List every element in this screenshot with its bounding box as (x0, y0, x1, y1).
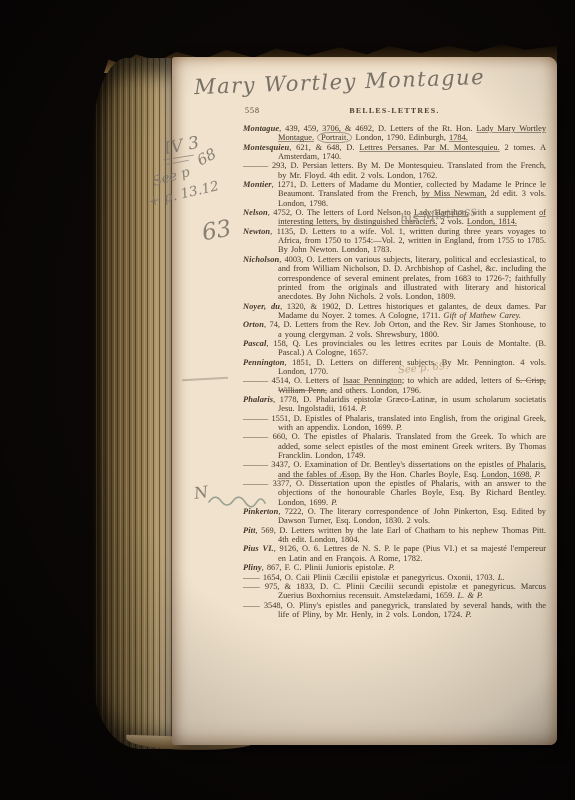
entry-segment: , 7222, O. The literary correspondence o… (278, 507, 546, 525)
entry-segment: P. (331, 498, 337, 507)
running-head: 558 BELLES-LETTRES. (243, 106, 546, 115)
entry-segment: and others. London, 1796. (327, 386, 421, 395)
handwritten-title: Mary Wortley Montague (194, 65, 486, 99)
entry-segment: Portrait. (317, 132, 352, 143)
entry-segment: ——— 3437, O. Examination of Dr. Bentley'… (243, 460, 507, 469)
book-photo: Mary Wortley Montague 558 BELLES-LETTRES… (0, 0, 575, 800)
entry-segment: L. (498, 573, 505, 582)
entry-segment: —— 3548, O. Pliny's epistles and panegyr… (243, 601, 546, 619)
entry-segment: London, 1790. Edinburgh, (352, 133, 449, 142)
page-number: 558 (245, 106, 260, 115)
entry-segment: London, 1814. (467, 217, 517, 226)
entry-segment: , 569, D. Letters written by the late Ea… (256, 526, 547, 544)
entry-segment: Pliny (243, 563, 262, 572)
entry-segment: ——— 1551, D. Epistles of Phalaris, trans… (243, 414, 546, 432)
catalog-entry: Phalaris, 1778, D. Phalaridis epistolæ G… (243, 395, 546, 414)
catalog-entry: —— 975, & 1833, D. C. Plinii Cæcilii sec… (243, 582, 546, 601)
catalog-entry: ——— 3437, O. Examination of Dr. Bentley'… (243, 460, 546, 479)
entry-segment: Pennington (243, 358, 285, 367)
book-page: Mary Wortley Montague 558 BELLES-LETTRES… (172, 57, 557, 745)
catalog-entry: —— 1654, O. Caii Plinii Cæcilii epistolæ… (243, 573, 546, 582)
pencil-squiggle (208, 493, 266, 514)
catalog-entry: Orton, 74, D. Letters from the Rev. Job … (243, 320, 546, 339)
entry-segment: —— 975, & 1833, D. C. Plinii Cæcilii sec… (243, 582, 546, 600)
entry-segment: Montague (243, 124, 279, 133)
entry-segment: L. & P. (457, 591, 483, 600)
catalog-entry: Pitt, 569, D. Letters written by the lat… (243, 526, 546, 545)
entry-segment: By the Hon. Charles Boyle, Esq. (361, 470, 482, 479)
entry-segment: Nicholson (243, 255, 279, 264)
entry-segment: , 4003, O. Letters on various subjects, … (278, 255, 546, 301)
catalog-entry: ——— 293, D. Persian letters. By M. De Mo… (243, 161, 546, 180)
entry-segment: ——— 3377, O. Dissertation upon the epist… (243, 479, 546, 507)
entry-segment: London, 1698. (481, 470, 531, 479)
catalog-entry: Montier, 1271, D. Letters of Madame du M… (243, 180, 546, 208)
entry-segment: , 74, D. Letters from the Rev. Job Orton… (264, 320, 546, 338)
entry-segment: Nelson (243, 208, 268, 217)
entry-segment: P. (361, 404, 367, 413)
page-stack-left (93, 58, 179, 749)
entry-segment: , 9126, O. 6. Lettres de N. S. P. le pap… (274, 544, 546, 562)
entry-segment: Orton (243, 320, 264, 329)
entry-segment: , 621, & 648, D. (289, 143, 359, 152)
entry-list: Montague, 439, 459, 3706, & 4692, D. Let… (243, 124, 546, 619)
catalog-entry: Nelson, 4752, O. The letters of Lord Nel… (243, 208, 546, 227)
pencil-mark-n: N (193, 482, 210, 503)
entry-segment: ——— 660, O. The epistles of Phalaris. Tr… (243, 432, 546, 460)
catalog-entry: Nicholson, 4003, O. Letters on various s… (243, 255, 546, 302)
entry-segment: —— 1654, O. Caii Plinii Cæcilii epistolæ… (243, 573, 498, 582)
catalog-entry: ——— 3377, O. Dissertation upon the epist… (243, 479, 546, 507)
entry-segment: Noyer, du (243, 302, 280, 311)
entry-segment: 1784. (449, 133, 468, 142)
pencil-dash-mark (182, 377, 228, 381)
entry-segment: ——— 4514, O. Letters of (243, 376, 343, 385)
entry-segment: by Miss Newman, (421, 189, 486, 198)
entry-segment: P. (535, 470, 541, 479)
catalog-entry: Pinkerton, 7222, O. The literary corresp… (243, 507, 546, 526)
entry-segment: , 4752, O. The letters of Lord Nelson to (268, 208, 414, 217)
entry-segment: Gift of Mathew Carey. (443, 311, 521, 320)
entry-segment: P. (465, 610, 471, 619)
entry-segment: Lettres Persanes. Par M. Montesquieu. (359, 143, 499, 152)
entry-segment: , 158, Q. Les provinciales ou les lettre… (266, 339, 546, 357)
entry-segment: Phalaris (243, 395, 273, 404)
catalog-entry: Pliny, 867, F. C. Plinii Junioris episto… (243, 563, 546, 572)
entry-segment: , 867, F. C. Plinii Junioris epistolæ. (262, 563, 389, 572)
catalog-entry: Pennington, 1851, D. Letters on differen… (243, 358, 546, 377)
entry-segment: ; to which are added, letters of (402, 376, 516, 385)
entry-segment: P. (396, 423, 402, 432)
entry-segment: ——— 293, D. Persian letters. By M. De Mo… (243, 161, 546, 179)
entry-segment: , 1135, D. Letters to a wife. Vol. 1, wr… (270, 227, 546, 255)
entry-segment: , 1778, D. Phalaridis epistolæ Græco-Lat… (273, 395, 546, 413)
pencil-mark-63: 63 (200, 216, 233, 247)
catalog-entry: Pius VI., 9126, O. 6. Lettres de N. S. P… (243, 544, 546, 563)
entry-segment: P. (389, 563, 395, 572)
entry-segment: Montesquieu (243, 143, 289, 152)
entry-segment: Newton (243, 227, 270, 236)
entry-segment: Isaac Pennington (343, 376, 402, 385)
entry-segment: , 439, 459, 3706, & 4692, D. Letters of … (279, 124, 476, 133)
catalog-entry: Pascal, 158, Q. Les provinciales ou les … (243, 339, 546, 358)
catalog-entry: Newton, 1135, D. Letters to a wife. Vol.… (243, 227, 546, 255)
entry-segment: Pascal (243, 339, 266, 348)
catalog-entry: Montesquieu, 621, & 648, D. Lettres Pers… (243, 143, 546, 162)
catalog-entry: ——— 1551, D. Epistles of Phalaris, trans… (243, 414, 546, 433)
catalog-entry: —— 3548, O. Pliny's epistles and panegyr… (243, 601, 546, 620)
entry-segment: Pius VI. (243, 544, 274, 553)
catalog-entry: Noyer, du, 1320, & 1902, D. Lettres hist… (243, 302, 546, 321)
entry-segment: Montier (243, 180, 272, 189)
entry-segment: with a supplement (468, 208, 539, 217)
entry-segment: Pitt (243, 526, 256, 535)
catalog-entry: ——— 4514, O. Letters of Isaac Pennington… (243, 376, 546, 395)
catalog-entry: Montague, 439, 459, 3706, & 4692, D. Let… (243, 124, 546, 143)
running-head-title: BELLES-LETTRES. (243, 106, 546, 115)
catalog-entry: ——— 660, O. The epistles of Phalaris. Tr… (243, 432, 546, 460)
